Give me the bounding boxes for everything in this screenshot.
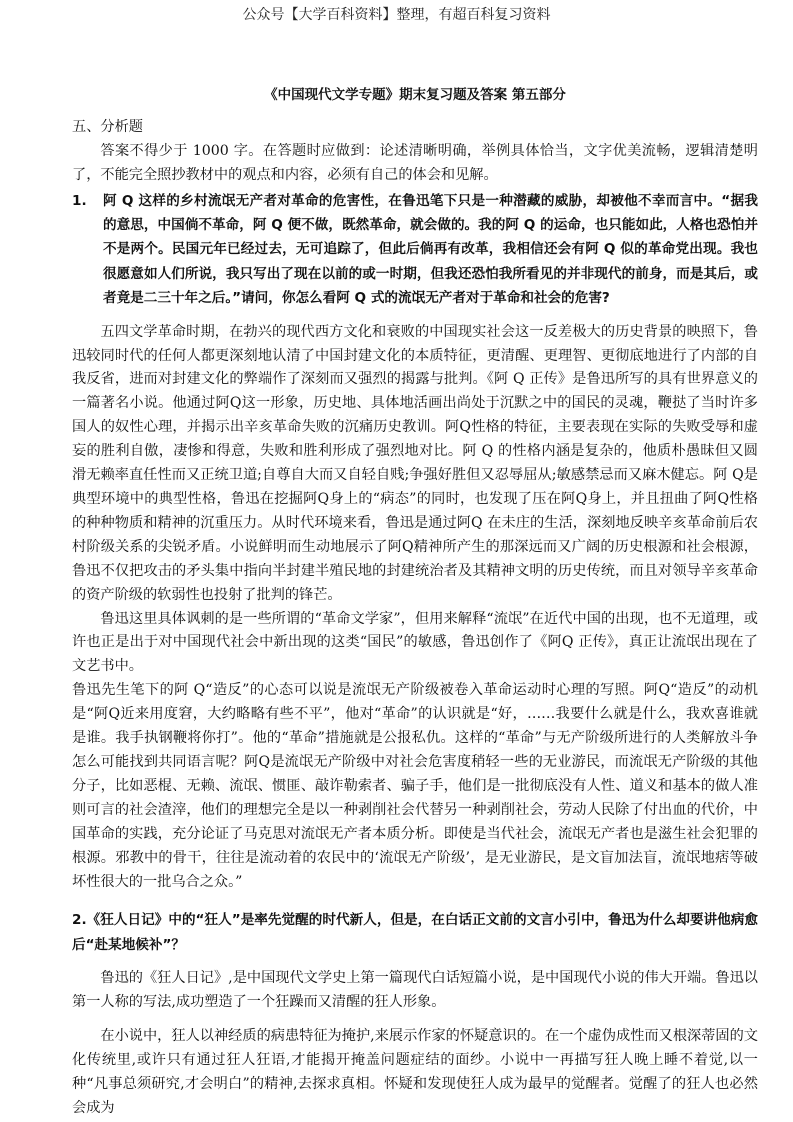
answer-paragraph: 鲁迅这里具体讽刺的是一些所谓的“革命文学家”，但用来解释“流氓”在近代中国的出现…: [72, 608, 758, 680]
instructions-paragraph: 答案不得少于 1000 字。在答题时应做到：论述清晰明确，举例具体恰当，文字优美…: [72, 140, 758, 188]
answer-paragraph: 鲁迅先生笔下的阿 Q“造反”的心态可以说是流氓无产阶级被卷入革命运动时心理的写照…: [72, 679, 758, 894]
answer-paragraph: 在小说中，狂人以神经质的病患特征为掩护,来展示作家的怀疑意识的。在一个虚伪成性而…: [72, 1025, 758, 1121]
section-heading: 五、分析题: [72, 116, 758, 140]
question-1: 1. 阿 Q 这样的乡村流氓无产者对革命的危害性，在鲁迅笔下只是一种潜藏的威胁，…: [72, 189, 758, 311]
question-number: 1.: [72, 189, 103, 311]
question-text: 阿 Q 这样的乡村流氓无产者对革命的危害性，在鲁迅笔下只是一种潜藏的威胁，却被他…: [103, 189, 758, 311]
answer-paragraph: 五四文学革命时期，在勃兴的现代西方文化和衰败的中国现实社会这一反差极大的历史背景…: [72, 321, 758, 608]
page-header-watermark: 公众号【大学百科资料】整理，有超百科复习资料: [0, 4, 793, 24]
answer-paragraph: 鲁迅的《狂人日记》,是中国现代文学史上第一篇现代白话短篇小说，是中国现代小说的伟…: [72, 967, 758, 1015]
question-number: 2.: [72, 912, 87, 928]
document-page: 《中国现代文学专题》期末复习题及答案 第五部分 五、分析题 答案不得少于 100…: [72, 84, 758, 1121]
document-title: 《中国现代文学专题》期末复习题及答案 第五部分: [72, 84, 758, 108]
question-text: 《狂人日记》中的“狂人”是率先觉醒的时代新人，但是，在白话正文前的文言小引中，鲁…: [72, 912, 758, 952]
question-2: 2.《狂人日记》中的“狂人”是率先觉醒的时代新人，但是，在白话正文前的文言小引中…: [72, 908, 758, 957]
